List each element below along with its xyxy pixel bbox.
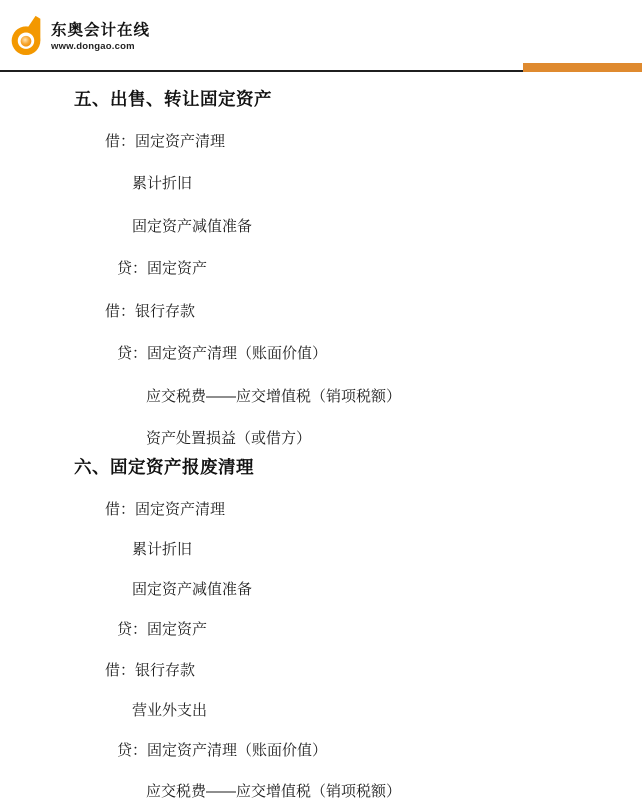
logo-title: 东奥会计在线 — [51, 23, 150, 38]
section-heading-6: 六、固定资产报废清理 — [74, 454, 642, 480]
dongao-d-ring-icon — [8, 12, 44, 56]
entry-line: 借：银行存款 — [105, 658, 642, 684]
entry-line: 借：固定资产清理 — [105, 129, 642, 155]
entry-line: 贷：固定资产 — [117, 617, 642, 643]
document-page: 东奥会计在线 www.dongao.com 五、出售、转让固定资产 借：固定资产… — [0, 0, 642, 804]
entry-line: 贷：固定资产 — [117, 256, 642, 282]
entry-line: 累计折旧 — [132, 537, 642, 563]
entry-line: 固定资产减值准备 — [132, 577, 642, 603]
logo-url: www.dongao.com — [51, 42, 150, 51]
entry-line: 资产处置损益（或借方） — [146, 426, 642, 452]
entry-line: 固定资产减值准备 — [132, 214, 642, 240]
section-heading-5: 五、出售、转让固定资产 — [74, 86, 642, 112]
dongao-logo: 东奥会计在线 www.dongao.com — [8, 12, 150, 56]
entry-line: 累计折旧 — [132, 171, 642, 197]
entry-line: 应交税费——应交增值税（销项税额） — [146, 779, 642, 804]
accent-bar — [523, 63, 642, 72]
entry-line: 营业外支出 — [132, 698, 642, 724]
entry-line: 贷：固定资产清理（账面价值） — [117, 341, 642, 367]
entry-line: 应交税费——应交增值税（销项税额） — [146, 384, 642, 410]
entry-line: 贷：固定资产清理（账面价值） — [117, 738, 642, 764]
entry-line: 借：银行存款 — [105, 299, 642, 325]
entry-line: 借：固定资产清理 — [105, 497, 642, 523]
logo-text: 东奥会计在线 www.dongao.com — [51, 12, 150, 51]
document-body: 五、出售、转让固定资产 借：固定资产清理 累计折旧 固定资产减值准备 贷：固定资… — [0, 72, 642, 804]
